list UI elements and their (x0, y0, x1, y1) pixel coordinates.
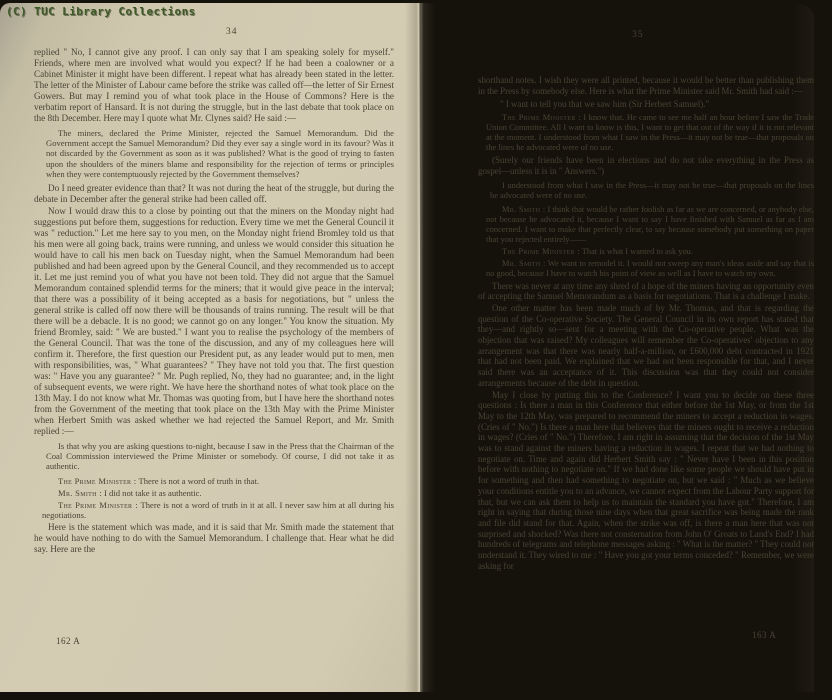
dialogue-text: That is what I wanted to ask you. (580, 247, 693, 256)
right-page-text: shorthand notes. I wish they were all pr… (478, 75, 814, 572)
speaker-name: The Prime Minister : (58, 476, 137, 486)
gutter-crease (419, 3, 421, 263)
speaker-name: The Prime Minister : (502, 113, 581, 122)
paragraph: Now I would draw this to a close by poin… (34, 206, 394, 437)
dialogue-line: The Prime Minister : There is not a word… (42, 476, 394, 486)
library-watermark: (C) TUC Library Collections (6, 5, 196, 18)
inline-quote: " I want to tell you that we saw him (Si… (492, 99, 814, 110)
scanned-book-spread: { "watermark": "(C) TUC Library Collecti… (0, 0, 832, 700)
book-spread: 34 replied " No, I cannot give any proof… (0, 3, 814, 692)
paragraph: shorthand notes. I wish they were all pr… (478, 75, 814, 96)
paragraph: Here is the statement which was made, an… (34, 522, 394, 555)
dialogue-line: The Prime Minister : That is what I want… (486, 247, 814, 257)
page-footer-left: 162 A (56, 636, 80, 646)
page-number-left: 34 (226, 27, 238, 37)
paragraph: replied " No, I cannot give any proof. I… (34, 47, 394, 124)
left-page: 34 replied " No, I cannot give any proof… (0, 3, 420, 692)
block-quote: The miners, declared the Prime Minister,… (46, 128, 394, 179)
speaker-name: The Prime Minister : (58, 500, 138, 510)
paragraph: May I close by putting this to the Confe… (478, 390, 814, 572)
dialogue-line: Mr. Smith : We want to remodel it. I wou… (486, 259, 814, 279)
page-footer-right: 163 A (752, 630, 776, 640)
dialogue-text: I did not take it as authentic. (102, 488, 202, 498)
block-quote: I understood from what I saw in the Pres… (490, 181, 814, 201)
speaker-name: Mr. Smith : (502, 205, 545, 214)
speaker-name: Mr. Smith : (502, 259, 546, 268)
page-number-right: 35 (632, 30, 644, 40)
paragraph: One other matter has been made much of b… (478, 303, 814, 389)
left-page-text: replied " No, I cannot give any proof. I… (34, 47, 394, 555)
dialogue-text: There is not a word of truth in that. (137, 476, 260, 486)
dialogue-line: Mr. Smith : I did not take it as authent… (42, 488, 394, 498)
block-quote: Is that why you are asking questions to-… (46, 441, 394, 472)
dialogue-line: Mr. Smith : I think that would be rather… (486, 205, 814, 245)
speaker-name: Mr. Smith : (58, 488, 102, 498)
paragraph: (Surely our friends have been in electio… (478, 155, 814, 176)
paragraph: There was never at any time any shred of… (478, 281, 814, 302)
dialogue-line: The Prime Minister : There is not a word… (42, 500, 394, 520)
dialogue-line: The Prime Minister : I know that. He cam… (486, 113, 814, 153)
right-page: 35 shorthand notes. I wish they were all… (420, 3, 814, 692)
speaker-name: The Prime Minister : (502, 247, 580, 256)
paragraph: Do I need greater evidence than that? It… (34, 183, 394, 205)
